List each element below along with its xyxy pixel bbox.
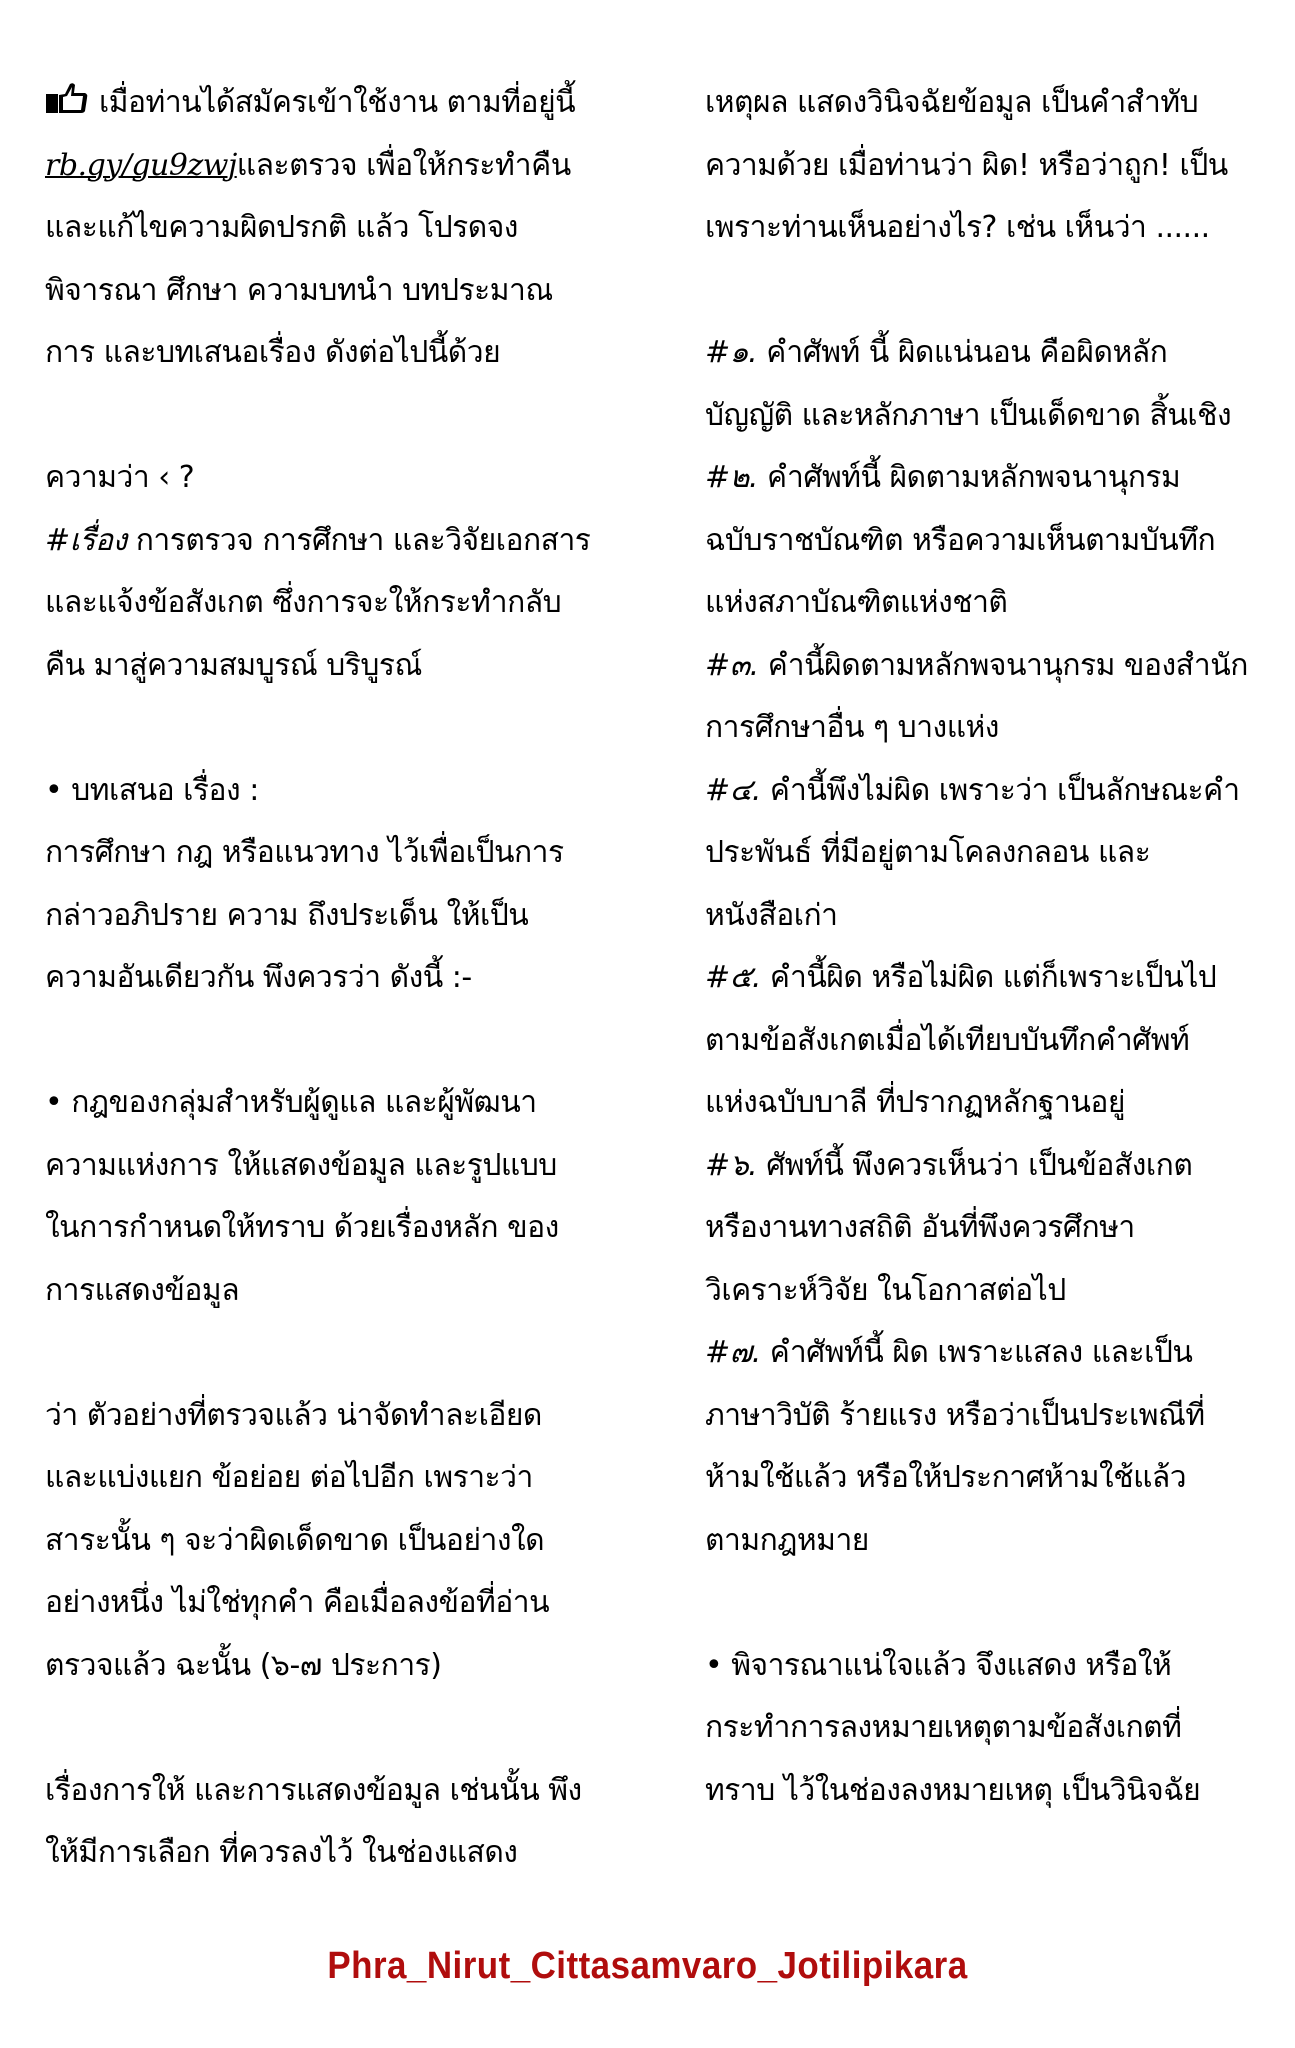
intro-line-3: และแก้ไขความผิดปรกติ แล้ว โปรดจง <box>45 197 645 260</box>
proposal-line-1: การศึกษา กฎ หรือแนวทาง ไว้เพื่อเป็นการ <box>45 822 645 885</box>
intro-text: เมื่อท่านได้สมัครเข้าใช้งาน ตามที่อยู่นี… <box>99 85 575 120</box>
criterion-7: #๗. คำศัพท์นี้ ผิด เพราะแสลง และเป็น <box>705 1322 1275 1385</box>
intro-line-2: rb.gy/gu9zwjและตรวจ เพื่อให้กระทำคืน <box>45 135 645 198</box>
reason-line-3: เพราะท่านเห็นอย่างไร? เช่น เห็นว่า .....… <box>705 197 1275 260</box>
criterion-tag: #๖. <box>705 1148 757 1183</box>
spacer <box>705 1572 1275 1635</box>
criterion-7-cont: ตามกฎหมาย <box>705 1510 1275 1573</box>
intro-line-1: เมื่อท่านได้สมัครเข้าใช้งาน ตามที่อยู่นี… <box>45 72 645 135</box>
criterion-4-cont: หนังสือเก่า <box>705 885 1275 948</box>
subject-line-1: #เรื่อง การตรวจ การศึกษา และวิจัยเอกสาร <box>45 510 645 573</box>
criterion-6-cont: หรืองานทางสถิติ อันที่พึงควรศึกษา <box>705 1197 1275 1260</box>
proposal-line-2: กล่าวอภิปราย ความ ถึงประเด็น ให้เป็น <box>45 885 645 948</box>
right-column: เหตุผล แสดงวินิจฉัยข้อมูล เป็นคำสำทับ คว… <box>705 72 1275 1822</box>
criterion-2: #๒. คำศัพท์นี้ ผิดตามหลักพจนานุกรม <box>705 447 1275 510</box>
reason-line-1: เหตุผล แสดงวินิจฉัยข้อมูล เป็นคำสำทับ <box>705 72 1275 135</box>
criterion-7-cont: ห้ามใช้แล้ว หรือให้ประกาศห้ามใช้แล้ว <box>705 1447 1275 1510</box>
choice-line-2: ให้มีการเลือก ที่ควรลงไว้ ในช่องแสดง <box>45 1822 645 1885</box>
criterion-2-cont: แห่งสภาบัณฑิตแห่งชาติ <box>705 572 1275 635</box>
conclusion-line-1: • พิจารณาแน่ใจแล้ว จึงแสดง หรือให้ <box>705 1635 1275 1698</box>
criterion-4-cont: ประพันธ์ ที่มีอยู่ตามโคลงกลอน และ <box>705 822 1275 885</box>
author-signature: Phra_Nirut_Cittasamvaro_Jotilipikara <box>52 1945 1243 1988</box>
criterion-tag: #๗. <box>705 1335 761 1370</box>
criterion-text: คำนี้พึงไม่ผิด เพราะว่า เป็นลักษณะคำ <box>761 773 1240 808</box>
criterion-5: #๕. คำนี้ผิด หรือไม่ผิด แต่ก็เพราะเป็นไป <box>705 947 1275 1010</box>
proposal-line-3: ความอันเดียวกัน พึงควรว่า ดังนี้ :- <box>45 947 645 1010</box>
intro-line-5: การ และบทเสนอเรื่อง ดังต่อไปนี้ด้วย <box>45 322 645 385</box>
subject-heading: ความว่า ‹ ? <box>45 447 645 510</box>
rules-line-1: • กฎของกลุ่มสำหรับผู้ดูแล และผู้พัฒนา <box>45 1072 645 1135</box>
spacer <box>45 1697 645 1760</box>
examples-line-3: สาระนั้น ๆ จะว่าผิดเด็ดขาด เป็นอย่างใด <box>45 1510 645 1573</box>
criterion-text: คำนี้ผิด หรือไม่ผิด แต่ก็เพราะเป็นไป <box>761 960 1216 995</box>
conclusion-line-2: กระทำการลงหมายเหตุตามข้อสังเกตที่ <box>705 1697 1275 1760</box>
criterion-1-cont: บัญญัติ และหลักภาษา เป็นเด็ดขาด สิ้นเชิง <box>705 385 1275 448</box>
criterion-tag: #๕. <box>705 960 761 995</box>
criterion-3-cont: การศึกษาอื่น ๆ บางแห่ง <box>705 697 1275 760</box>
examples-line-5: ตรวจแล้ว ฉะนั้น (๖-๗ ประการ) <box>45 1635 645 1698</box>
rules-line-2: ความแห่งการ ให้แสดงข้อมูล และรูปแบบ <box>45 1135 645 1198</box>
thumbs-up-icon <box>45 74 89 106</box>
criterion-text: คำศัพท์ นี้ ผิดแน่นอน คือผิดหลัก <box>757 335 1167 370</box>
criterion-2-cont: ฉบับราชบัณฑิต หรือความเห็นตามบันทึก <box>705 510 1275 573</box>
criterion-tag: #๔. <box>705 773 761 808</box>
subject-line-2: และแจ้งข้อสังเกต ซึ่งการจะให้กระทำกลับ <box>45 572 645 635</box>
subject-tag: #เรื่อง <box>45 523 127 558</box>
criterion-3: #๓. คำนี้ผิดตามหลักพจนานุกรม ของสำนัก <box>705 635 1275 698</box>
intro-line-4: พิจารณา ศึกษา ความบทนำ บทประมาณ <box>45 260 645 323</box>
spacer <box>45 385 645 448</box>
left-column: เมื่อท่านได้สมัครเข้าใช้งาน ตามที่อยู่นี… <box>45 72 645 1885</box>
criterion-7-cont: ภาษาวิบัติ ร้ายแรง หรือว่าเป็นประเพณีที่ <box>705 1385 1275 1448</box>
examples-line-2: และแบ่งแยก ข้อย่อย ต่อไปอีก เพราะว่า <box>45 1447 645 1510</box>
criterion-1: #๑. คำศัพท์ นี้ ผิดแน่นอน คือผิดหลัก <box>705 322 1275 385</box>
spacer <box>45 1010 645 1073</box>
criterion-text: คำศัพท์นี้ ผิด เพราะแสลง และเป็น <box>761 1335 1193 1370</box>
criterion-tag: #๑. <box>705 335 757 370</box>
criterion-tag: #๒. <box>705 460 758 495</box>
criterion-text: คำศัพท์นี้ ผิดตามหลักพจนานุกรม <box>758 460 1180 495</box>
conclusion-line-3: ทราบ ไว้ในช่องลงหมายเหตุ เป็นวินิจฉัย <box>705 1760 1275 1823</box>
examples-line-1: ว่า ตัวอย่างที่ตรวจแล้ว น่าจัดทำละเอียด <box>45 1385 645 1448</box>
spacer <box>705 260 1275 323</box>
registration-link[interactable]: rb.gy/gu9zwj <box>45 148 237 183</box>
rules-line-4: การแสดงข้อมูล <box>45 1260 645 1323</box>
criterion-4: #๔. คำนี้พึงไม่ผิด เพราะว่า เป็นลักษณะคำ <box>705 760 1275 823</box>
rules-line-3: ในการกำหนดให้ทราบ ด้วยเรื่องหลัก ของ <box>45 1197 645 1260</box>
choice-line-1: เรื่องการให้ และการแสดงข้อมูล เช่นนั้น พ… <box>45 1760 645 1823</box>
spacer <box>45 697 645 760</box>
criterion-6: #๖. ศัพท์นี้ พึงควรเห็นว่า เป็นข้อสังเกต <box>705 1135 1275 1198</box>
criterion-text: คำนี้ผิดตามหลักพจนานุกรม ของสำนัก <box>759 648 1248 683</box>
intro-text: และตรวจ เพื่อให้กระทำคืน <box>237 148 571 183</box>
subject-line-3: คืน มาสู่ความสมบูรณ์ บริบูรณ์ <box>45 635 645 698</box>
criterion-tag: #๓. <box>705 648 759 683</box>
spacer <box>45 1322 645 1385</box>
reason-line-2: ความด้วย เมื่อท่านว่า ผิด! หรือว่าถูก! เ… <box>705 135 1275 198</box>
criterion-5-cont: แห่งฉบับบาลี ที่ปรากฏหลักฐานอยู่ <box>705 1072 1275 1135</box>
criterion-text: ศัพท์นี้ พึงควรเห็นว่า เป็นข้อสังเกต <box>757 1148 1192 1183</box>
subject-text: การตรวจ การศึกษา และวิจัยเอกสาร <box>127 523 591 558</box>
criterion-5-cont: ตามข้อสังเกตเมื่อได้เทียบบันทึกคำศัพท์ <box>705 1010 1275 1073</box>
examples-line-4: อย่างหนึ่ง ไม่ใช่ทุกคำ คือเมื่อลงข้อที่อ… <box>45 1572 645 1635</box>
criterion-6-cont: วิเคราะห์วิจัย ในโอกาสต่อไป <box>705 1260 1275 1323</box>
proposal-heading: • บทเสนอ เรื่อง : <box>45 760 645 823</box>
